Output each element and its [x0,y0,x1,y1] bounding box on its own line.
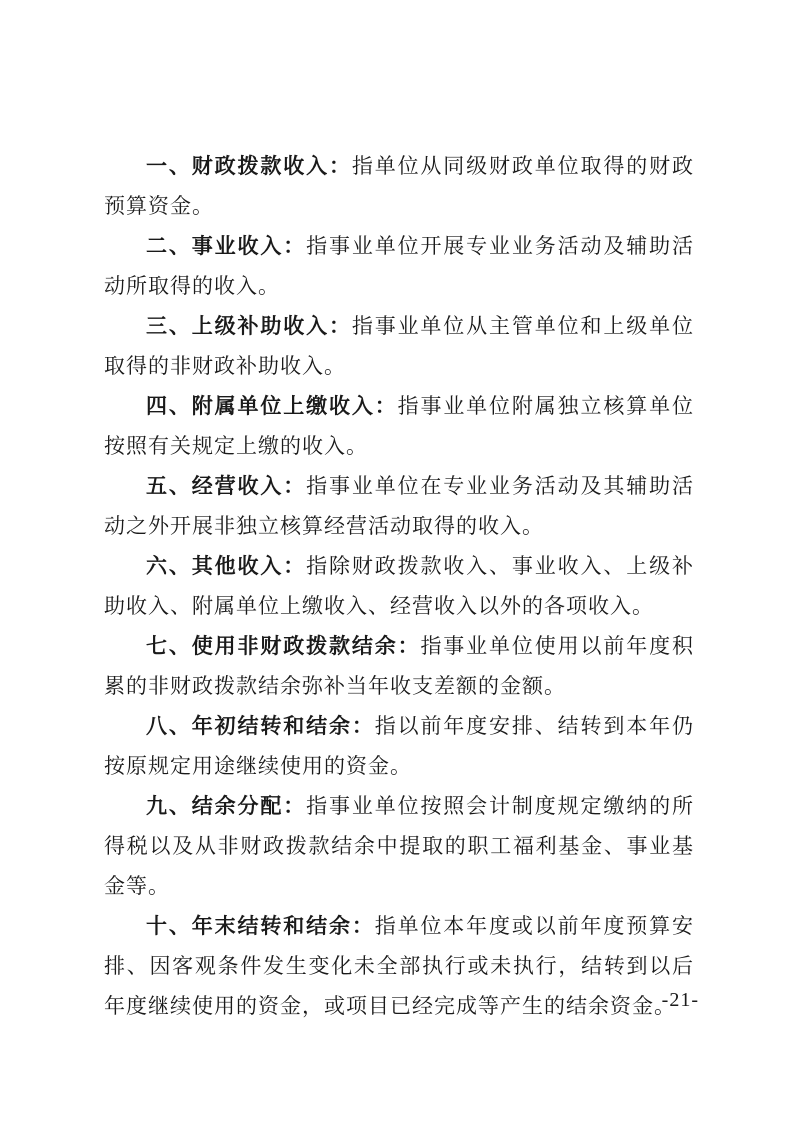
definition-paragraph: 五、经营收入：指事业单位在专业业务活动及其辅助活动之外开展非独立核算经营活动取得… [104,466,694,546]
definition-paragraph: 一、财政拨款收入：指单位从同级财政单位取得的财政预算资金。 [104,146,694,226]
definition-paragraph: 九、结余分配：指事业单位按照会计制度规定缴纳的所得税以及从非财政拨款结余中提取的… [104,786,694,906]
definition-paragraph: 四、附属单位上缴收入：指事业单位附属独立核算单位按照有关规定上缴的收入。 [104,386,694,466]
definition-term: 七、使用非财政拨款结余： [146,634,420,658]
definition-term: 八、年初结转和结余： [146,714,375,738]
definitions-list: 一、财政拨款收入：指单位从同级财政单位取得的财政预算资金。 二、事业收入：指事业… [104,146,694,1026]
document-page: 一、财政拨款收入：指单位从同级财政单位取得的财政预算资金。 二、事业收入：指事业… [0,0,793,1122]
page-number: -21- [662,986,699,1014]
definition-term: 一、财政拨款收入： [146,154,352,178]
definition-term: 三、上级补助收入： [146,314,352,338]
definition-term: 五、经营收入： [146,474,306,498]
definition-paragraph: 二、事业收入：指事业单位开展专业业务活动及辅助活动所取得的收入。 [104,226,694,306]
definition-term: 六、其他收入： [146,554,306,578]
definition-term: 二、事业收入： [146,234,306,258]
definition-paragraph: 六、其他收入：指除财政拨款收入、事业收入、上级补助收入、附属单位上缴收入、经营收… [104,546,694,626]
definition-term: 十、年末结转和结余： [146,914,375,938]
definition-term: 九、结余分配： [146,794,306,818]
definition-paragraph: 十、年末结转和结余：指单位本年度或以前年度预算安排、因客观条件发生变化未全部执行… [104,906,694,1026]
definition-paragraph: 八、年初结转和结余：指以前年度安排、结转到本年仍按原规定用途继续使用的资金。 [104,706,694,786]
definition-term: 四、附属单位上缴收入： [146,394,398,418]
definition-paragraph: 七、使用非财政拨款结余：指事业单位使用以前年度积累的非财政拨款结余弥补当年收支差… [104,626,694,706]
definition-paragraph: 三、上级补助收入：指事业单位从主管单位和上级单位取得的非财政补助收入。 [104,306,694,386]
